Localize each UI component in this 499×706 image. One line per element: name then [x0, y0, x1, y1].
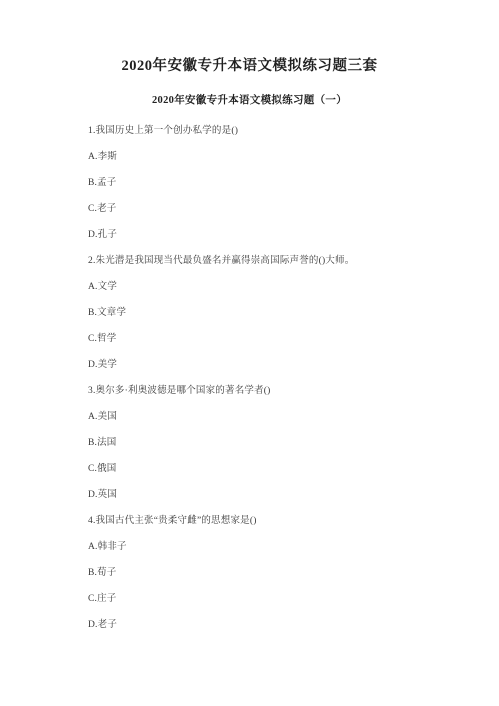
- question-4-option-d: D.老子: [88, 612, 459, 638]
- question-4-option-b: B.荀子: [88, 560, 459, 586]
- question-1-text: 1.我国历史上第一个创办私学的是(): [88, 118, 459, 144]
- question-3-text: 3.奥尔多·利奥波德是哪个国家的著名学者(): [88, 378, 459, 404]
- question-4-option-a: A.韩非子: [88, 534, 459, 560]
- document-subtitle: 2020年安徽专升本语文模拟练习题（一）: [0, 94, 499, 108]
- question-4-text: 4.我国古代主张“贵柔守雌”的思想家是(): [88, 508, 459, 534]
- question-3: 3.奥尔多·利奥波德是哪个国家的著名学者() A.美国 B.法国 C.俄国 D.…: [88, 378, 459, 508]
- question-3-option-c: C.俄国: [88, 456, 459, 482]
- question-3-option-a: A.美国: [88, 404, 459, 430]
- question-2-text: 2.朱光潜是我国现当代最负盛名并赢得崇高国际声誉的()大师。: [88, 248, 459, 274]
- question-3-option-d: D.英国: [88, 482, 459, 508]
- question-3-option-b: B.法国: [88, 430, 459, 456]
- question-4-option-c: C.庄子: [88, 586, 459, 612]
- document-page: 2020年安徽专升本语文模拟练习题三套 2020年安徽专升本语文模拟练习题（一）…: [0, 0, 499, 706]
- question-2-option-a: A.文学: [88, 274, 459, 300]
- question-1-option-c: C.老子: [88, 196, 459, 222]
- question-1: 1.我国历史上第一个创办私学的是() A.李斯 B.孟子 C.老子 D.孔子: [88, 118, 459, 248]
- document-title: 2020年安徽专升本语文模拟练习题三套: [0, 56, 499, 76]
- question-2: 2.朱光潜是我国现当代最负盛名并赢得崇高国际声誉的()大师。 A.文学 B.文章…: [88, 248, 459, 378]
- question-2-option-c: C.哲学: [88, 326, 459, 352]
- question-1-option-b: B.孟子: [88, 170, 459, 196]
- question-4: 4.我国古代主张“贵柔守雌”的思想家是() A.韩非子 B.荀子 C.庄子 D.…: [88, 508, 459, 638]
- questions-list: 1.我国历史上第一个创办私学的是() A.李斯 B.孟子 C.老子 D.孔子 2…: [0, 118, 499, 638]
- question-2-option-d: D.美学: [88, 352, 459, 378]
- question-1-option-d: D.孔子: [88, 222, 459, 248]
- question-2-option-b: B.文章学: [88, 300, 459, 326]
- question-1-option-a: A.李斯: [88, 144, 459, 170]
